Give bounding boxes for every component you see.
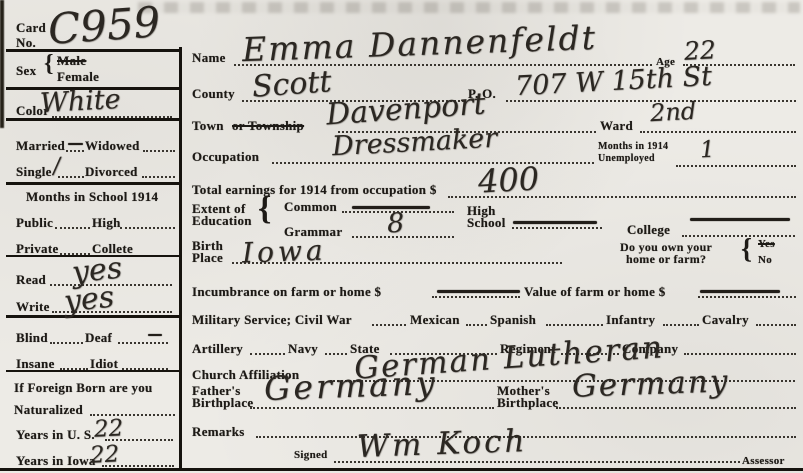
dotted-line [143, 150, 175, 152]
dotted-line [325, 353, 347, 355]
own-home-question-line2: home or farm? [626, 252, 706, 267]
deaf-label: Deaf [85, 330, 112, 346]
occupation-label: Occupation [192, 149, 259, 165]
scan-artifact-top-smudge [138, 2, 800, 13]
blind-label: Blind [16, 330, 48, 346]
own-home-brace-glyph: { [741, 237, 752, 262]
dotted-line [756, 324, 796, 326]
cavalry-label: Cavalry [702, 312, 749, 328]
handwritten-fathers-birthplace: Germany [263, 366, 438, 405]
dotted-line [512, 227, 602, 229]
dotted-line [60, 368, 88, 370]
college-label: College [627, 222, 670, 238]
read-label: Read [16, 272, 46, 288]
own-home-yes-struck: Yes [758, 238, 775, 250]
dotted-line [698, 296, 796, 298]
card-no-label: No. [16, 35, 36, 51]
handwritten-post-office-address: 707 W 15th St [514, 63, 712, 100]
handwritten-color: White [39, 86, 121, 117]
handwritten-write-answer: yes [63, 282, 116, 317]
dotted-line [663, 324, 699, 326]
handwritten-months-unemployed: 1 [699, 139, 715, 163]
dotted-line [640, 131, 796, 133]
mexican-label: Mexican [410, 312, 460, 328]
dotted-line [58, 176, 84, 178]
census-card-scan: Card No. Sex { Male Female Color Married… [0, 0, 803, 473]
value-of-farm-label: Value of farm or home $ [524, 284, 666, 300]
years-in-us-label: Years in U. S. [16, 427, 95, 443]
idiot-label: Idiot [90, 356, 118, 372]
school-label: School [467, 215, 506, 231]
naturalized-label: Naturalized [14, 402, 83, 418]
mothers-birthplace-label: Birthplace [497, 395, 559, 411]
sex-option-male-struck: Male [57, 53, 86, 69]
name-label: Name [192, 50, 226, 66]
years-in-iowa-label: Years in Iowa [16, 453, 96, 469]
navy-label: Navy [288, 341, 318, 357]
fathers-birthplace-label: Birthplace [192, 395, 254, 411]
military-service-civil-war-label: Military Service; Civil War [192, 312, 352, 328]
single-label: Single [16, 164, 52, 180]
handwritten-years-in-us: 22 [93, 417, 123, 442]
incumbrance-label: Incumbrance on farm or home $ [192, 284, 381, 300]
dotted-line [66, 150, 84, 152]
dotted-line [432, 296, 520, 298]
scan-artifact-left-edge [0, 0, 4, 128]
write-label: Write [16, 299, 50, 315]
months-in-school-label: Months in School 1914 [26, 189, 158, 205]
foreign-born-label: If Foreign Born are you [14, 380, 153, 396]
public-school-label: Public [16, 215, 53, 231]
county-label: County [192, 86, 235, 102]
handwritten-birthplace: Iowa [242, 237, 328, 268]
infantry-label: Infantry [606, 312, 655, 328]
pen-crossout-mark [690, 218, 790, 221]
dotted-line [55, 227, 90, 229]
pen-crossout-mark [700, 290, 780, 293]
divorced-label: Divorced [85, 164, 138, 180]
handwritten-grammar-years: 8 [386, 210, 405, 238]
own-home-no: No [758, 254, 772, 266]
insane-label: Insane [16, 356, 55, 372]
dotted-line [682, 235, 795, 237]
assessor-label: Assessor [742, 455, 785, 467]
dotted-line [118, 342, 168, 344]
total-earnings-label: Total earnings for 1914 from occupation … [192, 182, 437, 198]
high-school-label: High [92, 215, 121, 231]
private-school-label: Private [16, 241, 59, 257]
handwritten-ward: 2nd [649, 99, 696, 125]
pen-crossout-mark [148, 334, 162, 336]
town-label: Town [192, 118, 224, 134]
handwritten-occupation: Dressmaker [331, 125, 497, 161]
handwritten-card-number: C959 [47, 1, 162, 51]
months-in-1914-label: Months in 1914 [598, 141, 668, 152]
handwritten-earnings: 400 [477, 162, 540, 197]
handwritten-name: Emma Dannenfeldt [242, 21, 598, 66]
handwritten-mothers-birthplace: Germany [572, 366, 730, 402]
handwritten-years-in-iowa: 22 [89, 443, 119, 468]
sex-label: Sex [16, 63, 36, 79]
artillery-label: Artillery [192, 341, 243, 357]
dotted-line [50, 342, 83, 344]
pen-crossout-mark [513, 221, 597, 224]
dotted-line [556, 407, 796, 409]
widowed-label: Widowed [85, 138, 140, 154]
card-label: Card [16, 20, 46, 36]
education-brace-glyph: { [258, 194, 271, 225]
pen-crossout-mark [437, 290, 520, 293]
ward-label: Ward [600, 118, 633, 134]
dotted-line [122, 368, 168, 370]
column-divider-line [179, 47, 182, 468]
rule-line [6, 182, 179, 185]
dotted-line [546, 324, 603, 326]
dotted-line [684, 353, 796, 355]
signed-label: Signed [294, 449, 328, 461]
spanish-label: Spanish [490, 312, 536, 328]
dotted-line [466, 324, 487, 326]
sex-option-female: Female [57, 69, 99, 85]
handwritten-county: Scott [251, 67, 332, 102]
card-bottom-edge-line [0, 468, 803, 471]
pen-crossout-mark [68, 143, 83, 145]
married-label: Married [16, 138, 65, 154]
dotted-line [272, 162, 594, 164]
dotted-line [676, 165, 796, 167]
dotted-line [372, 324, 406, 326]
handwritten-single-mark: / [52, 156, 61, 178]
dotted-line [120, 227, 175, 229]
education-label: Education [192, 213, 252, 229]
township-label-struck: or Township [232, 118, 304, 134]
dotted-line [250, 353, 285, 355]
place-label: Place [192, 250, 223, 266]
dotted-line [142, 176, 175, 178]
common-school-label: Common [284, 199, 337, 215]
handwritten-age: 22 [683, 37, 716, 64]
remarks-label: Remarks [192, 424, 245, 440]
unemployed-label: Unemployed [598, 153, 655, 164]
dotted-line [250, 407, 494, 409]
handwritten-signature: Wm Koch [357, 426, 528, 463]
sex-brace-glyph: { [44, 54, 53, 76]
